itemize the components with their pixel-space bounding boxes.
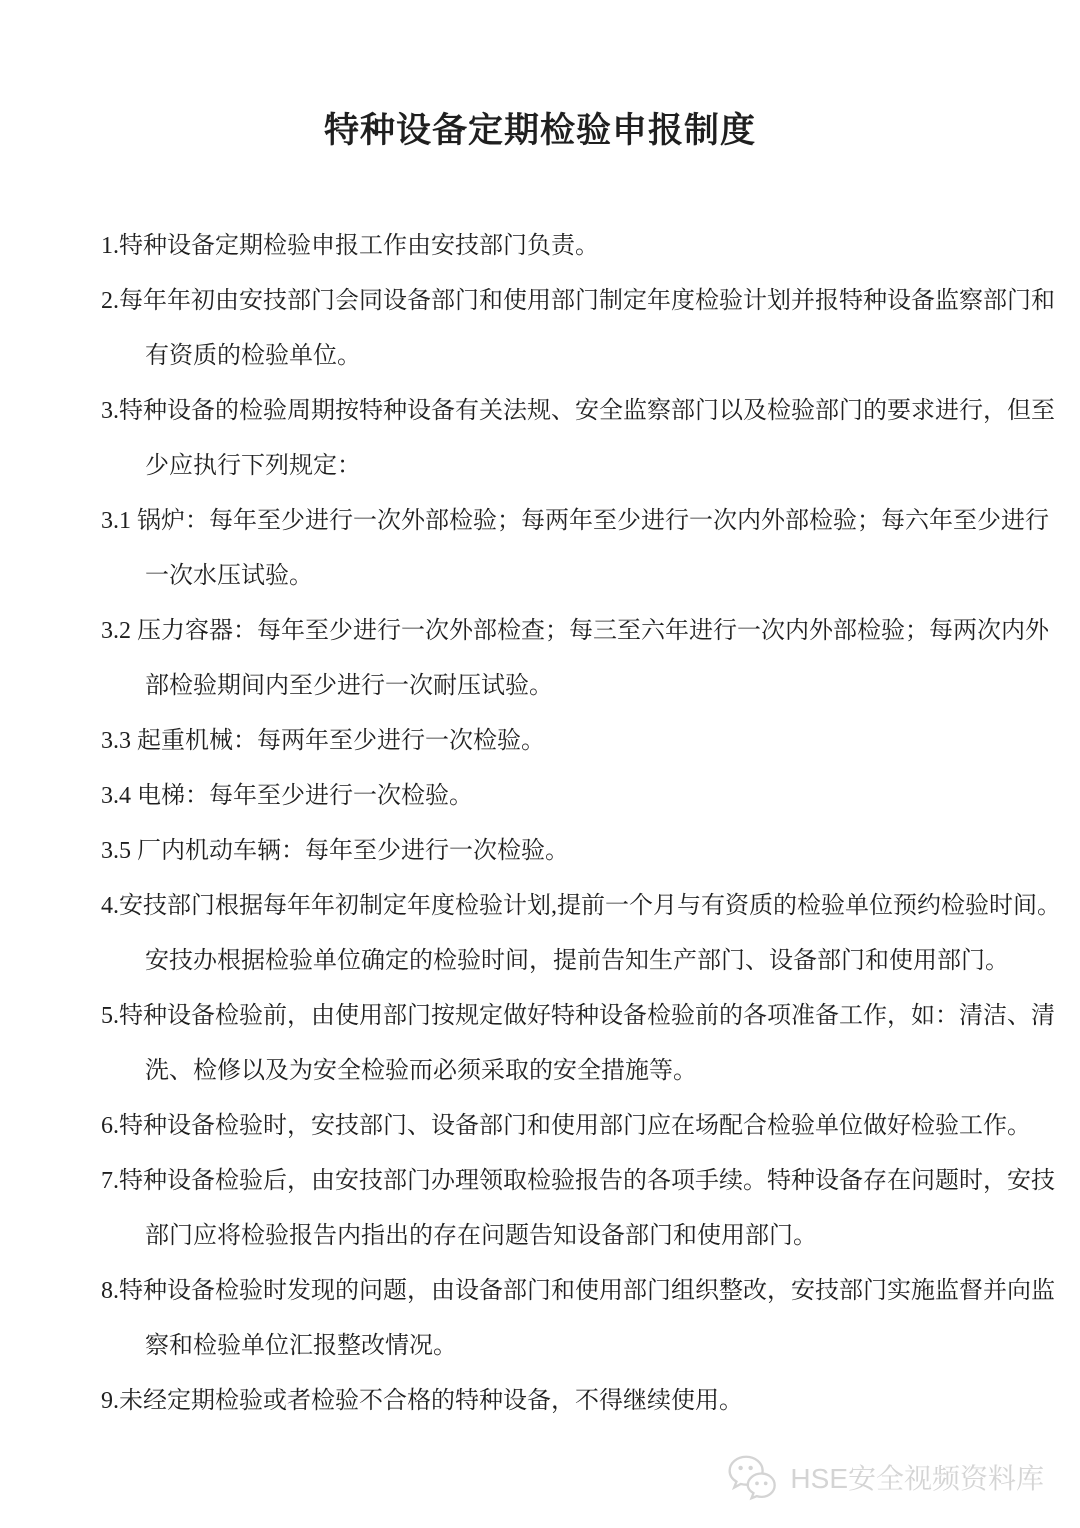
document-line: 有资质的检验单位。	[101, 341, 996, 396]
document-line: 3.特种设备的检验周期按特种设备有关法规、安全监察部门以及检验部门的要求进行，但…	[101, 396, 996, 451]
document-line: 3.3 起重机械：每两年至少进行一次检验。	[101, 726, 996, 781]
document-line: 4.安技部门根据每年年初制定年度检验计划,提前一个月与有资质的检验单位预约检验时…	[101, 891, 996, 946]
document-line: 3.4 电梯：每年至少进行一次检验。	[101, 781, 996, 836]
brand-watermark: HSE安全视频资料库	[723, 1450, 1044, 1504]
document-line: 安技办根据检验单位确定的检验时间，提前告知生产部门、设备部门和使用部门。	[101, 946, 996, 1001]
document-body: 1.特种设备定期检验申报工作由安技部门负责。2.每年年初由安技部门会同设备部门和…	[101, 231, 996, 1441]
document-line: 5.特种设备检验前，由使用部门按规定做好特种设备检验前的各项准备工作，如：清洁、…	[101, 1001, 996, 1056]
document-title: 特种设备定期检验申报制度	[0, 103, 1080, 153]
document-line: 9.未经定期检验或者检验不合格的特种设备，不得继续使用。	[101, 1386, 996, 1441]
document-line: 3.1 锅炉：每年至少进行一次外部检验；每两年至少进行一次内外部检验；每六年至少…	[101, 506, 996, 561]
document-line: 部门应将检验报告内指出的存在问题告知设备部门和使用部门。	[101, 1221, 996, 1276]
document-page: 特种设备定期检验申报制度 1.特种设备定期检验申报工作由安技部门负责。2.每年年…	[0, 0, 1080, 1528]
document-line: 6.特种设备检验时，安技部门、设备部门和使用部门应在场配合检验单位做好检验工作。	[101, 1111, 996, 1166]
document-line: 洗、检修以及为安全检验而必须采取的安全措施等。	[101, 1056, 996, 1111]
document-line: 察和检验单位汇报整改情况。	[101, 1331, 996, 1386]
document-line: 8.特种设备检验时发现的问题，由设备部门和使用部门组织整改，安技部门实施监督并向…	[101, 1276, 996, 1331]
document-line: 一次水压试验。	[101, 561, 996, 616]
brand-label: HSE安全视频资料库	[790, 1457, 1044, 1497]
document-line: 部检验期间内至少进行一次耐压试验。	[101, 671, 996, 726]
document-line: 3.2 压力容器：每年至少进行一次外部检查；每三至六年进行一次内外部检验；每两次…	[101, 616, 996, 671]
document-line: 少应执行下列规定：	[101, 451, 996, 506]
document-line: 1.特种设备定期检验申报工作由安技部门负责。	[101, 231, 996, 286]
document-line: 2.每年年初由安技部门会同设备部门和使用部门制定年度检验计划并报特种设备监察部门…	[101, 286, 996, 341]
document-line: 7.特种设备检验后，由安技部门办理领取检验报告的各项手续。特种设备存在问题时，安…	[101, 1166, 996, 1221]
wechat-icon	[723, 1450, 781, 1504]
document-line: 3.5 厂内机动车辆：每年至少进行一次检验。	[101, 836, 996, 891]
